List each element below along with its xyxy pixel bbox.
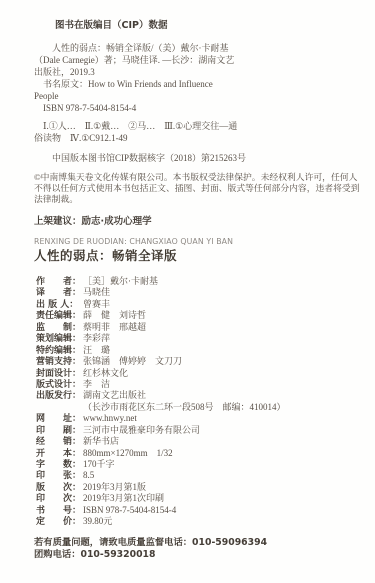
detail-value: 李 洁: [83, 379, 110, 390]
detail-label: 经 销：: [36, 437, 83, 448]
footer-hotlines: 若有质量问题，请致电质量监督电话：010-59096394 团购电话：010-5…: [34, 537, 369, 562]
detail-row: 封面设计：红杉林文化: [36, 368, 369, 379]
detail-value: 马晓佳: [83, 287, 110, 298]
detail-label: 版式设计：: [36, 380, 83, 391]
detail-value: www.hnwy.net: [83, 413, 137, 424]
cip-line: ISBN 978-7-5404-8154-4: [34, 102, 369, 114]
detail-label: 印 张：: [36, 471, 83, 482]
publication-details-list: 作 者：［美］戴尔·卡耐基译 者：马晓佳出 版 人：曾赛丰责任编辑：薛 健 刘诗…: [36, 276, 369, 528]
detail-value: 李彩萍: [83, 333, 110, 344]
detail-value: 2019年3月第1版: [83, 482, 146, 493]
detail-label: 责任编辑：: [36, 311, 83, 322]
detail-row: 特约编辑：汪 璐: [36, 345, 369, 356]
detail-label: 作 者：: [36, 277, 83, 288]
quality-hotline: 若有质量问题，请致电质量监督电话：010-59096394: [34, 537, 369, 549]
detail-value: 170千字: [83, 459, 115, 470]
detail-label: 定 价：: [36, 517, 83, 528]
detail-row: 监 制：蔡明菲 邢越超: [36, 322, 369, 333]
book-title: 人性的弱点：畅销全译版: [34, 247, 369, 264]
cip-classification-line: 俗读物 Ⅳ.①C912.1-49: [34, 132, 369, 144]
group-purchase-hotline: 团购电话：010-59320018: [34, 549, 369, 561]
copyright-notice-line: 不得以任何方式使用本书包括正文、插图、封面、版式等任何部分内容，违者将受到: [34, 183, 369, 194]
cip-classification-line: Ⅰ.①人… Ⅱ.①戴… ②马… Ⅲ.①心理交往—通: [34, 120, 369, 132]
cip-record-number: 中国版本图书馆CIP数据核字（2018）第215263号: [34, 152, 369, 164]
copyright-notice-line: ©中南博集天卷文化传媒有限公司。本书版权受法律保护。未经权利人许可，任何人: [34, 172, 369, 183]
detail-label: 开 本：: [36, 449, 83, 460]
cip-data-block: 人性的弱点：畅销全译版/（美）戴尔·卡耐基 （Dale Carnegie）著；马…: [34, 42, 369, 164]
detail-row: 出版发行：湖南文艺出版社: [36, 390, 369, 401]
detail-value: 2019年3月第1次印刷: [83, 493, 164, 504]
detail-row: 字 数：170千字: [36, 459, 369, 470]
detail-label: 字 数：: [36, 460, 83, 471]
detail-label: 译 者：: [36, 288, 83, 299]
detail-label: 特约编辑：: [36, 346, 83, 357]
detail-value: 8.5: [83, 470, 94, 481]
copyright-notice-line: 法律制裁。: [34, 194, 369, 205]
detail-row: 版式设计：李 洁: [36, 379, 369, 390]
detail-row: 印 刷：三河市中晟雅豪印务有限公司: [36, 425, 369, 436]
copyright-page: 图书在版编目（CIP）数据 人性的弱点：畅销全译版/（美）戴尔·卡耐基 （Dal…: [0, 0, 375, 583]
detail-label: 书 号：: [36, 506, 83, 517]
detail-value: 薛 健 刘诗哲: [83, 310, 146, 321]
detail-value: 880mm×1270mm 1/32: [83, 448, 173, 459]
detail-row: 策划编辑：李彩萍: [36, 333, 369, 344]
detail-row: 印 次：2019年3月第1次印刷: [36, 493, 369, 504]
detail-label: 策划编辑：: [36, 334, 83, 345]
detail-value: 湖南文艺出版社: [83, 390, 146, 401]
detail-label: 出 版 人：: [36, 300, 83, 311]
detail-value: 张锦涵 傅婷婷 文刀刀: [83, 356, 182, 367]
detail-row: 定 价：39.80元: [36, 516, 369, 527]
detail-row: 出 版 人：曾赛丰: [36, 299, 369, 310]
detail-row: 作 者：［美］戴尔·卡耐基: [36, 276, 369, 287]
cip-header: 图书在版编目（CIP）数据: [55, 20, 369, 32]
detail-row: 网 址：www.hnwy.net: [36, 413, 369, 424]
cip-line: People: [34, 90, 369, 102]
copyright-notice: ©中南博集天卷文化传媒有限公司。本书版权受法律保护。未经权利人许可，任何人 不得…: [34, 172, 369, 205]
cip-line: 人性的弱点：畅销全译版/（美）戴尔·卡耐基: [34, 42, 369, 54]
detail-label: 监 制：: [36, 323, 83, 334]
detail-row: 营销支持：张锦涵 傅婷婷 文刀刀: [36, 356, 369, 367]
detail-value: 三河市中晟雅豪印务有限公司: [83, 425, 200, 436]
detail-label: 封面设计：: [36, 369, 83, 380]
detail-row: 版 次：2019年3月第1版: [36, 482, 369, 493]
detail-value: ISBN 978-7-5404-8154-4: [83, 505, 176, 516]
detail-value: （长沙市雨花区东二环一段508号 邮编：410014）: [83, 402, 286, 413]
detail-value: 曾赛丰: [83, 299, 110, 310]
detail-value: 新华书店: [83, 436, 119, 447]
detail-value: 汪 璐: [83, 345, 110, 356]
detail-row: 开 本：880mm×1270mm 1/32: [36, 448, 369, 459]
detail-label: 版 次：: [36, 483, 83, 494]
shelf-advice: 上架建议：励志·成功心理学: [34, 216, 369, 228]
cip-line: 书名原文：How to Win Friends and Influence: [34, 78, 369, 90]
detail-label: 出版发行：: [36, 391, 83, 402]
detail-label: 印 次：: [36, 494, 83, 505]
detail-row: 译 者：马晓佳: [36, 287, 369, 298]
detail-row: （长沙市雨花区东二环一段508号 邮编：410014）: [36, 402, 369, 413]
detail-label: 印 刷：: [36, 426, 83, 437]
cip-line: 出版社，2019.3: [34, 66, 369, 78]
detail-row: 印 张：8.5: [36, 470, 369, 481]
detail-row: 责任编辑：薛 健 刘诗哲: [36, 310, 369, 321]
detail-value: ［美］戴尔·卡耐基: [83, 276, 158, 287]
detail-row: 书 号：ISBN 978-7-5404-8154-4: [36, 505, 369, 516]
detail-value: 红杉林文化: [83, 368, 128, 379]
pinyin-title: RENXING DE RUODIAN: CHANGXIAO QUAN YI BA…: [34, 237, 369, 247]
detail-row: 经 销：新华书店: [36, 436, 369, 447]
detail-label: 网 址：: [36, 414, 83, 425]
detail-value: 蔡明菲 邢越超: [83, 322, 146, 333]
cip-line: （Dale Carnegie）著；马晓佳译. —长沙：湖南文艺: [34, 54, 369, 66]
detail-label: 营销支持：: [36, 357, 83, 368]
detail-value: 39.80元: [83, 516, 112, 527]
